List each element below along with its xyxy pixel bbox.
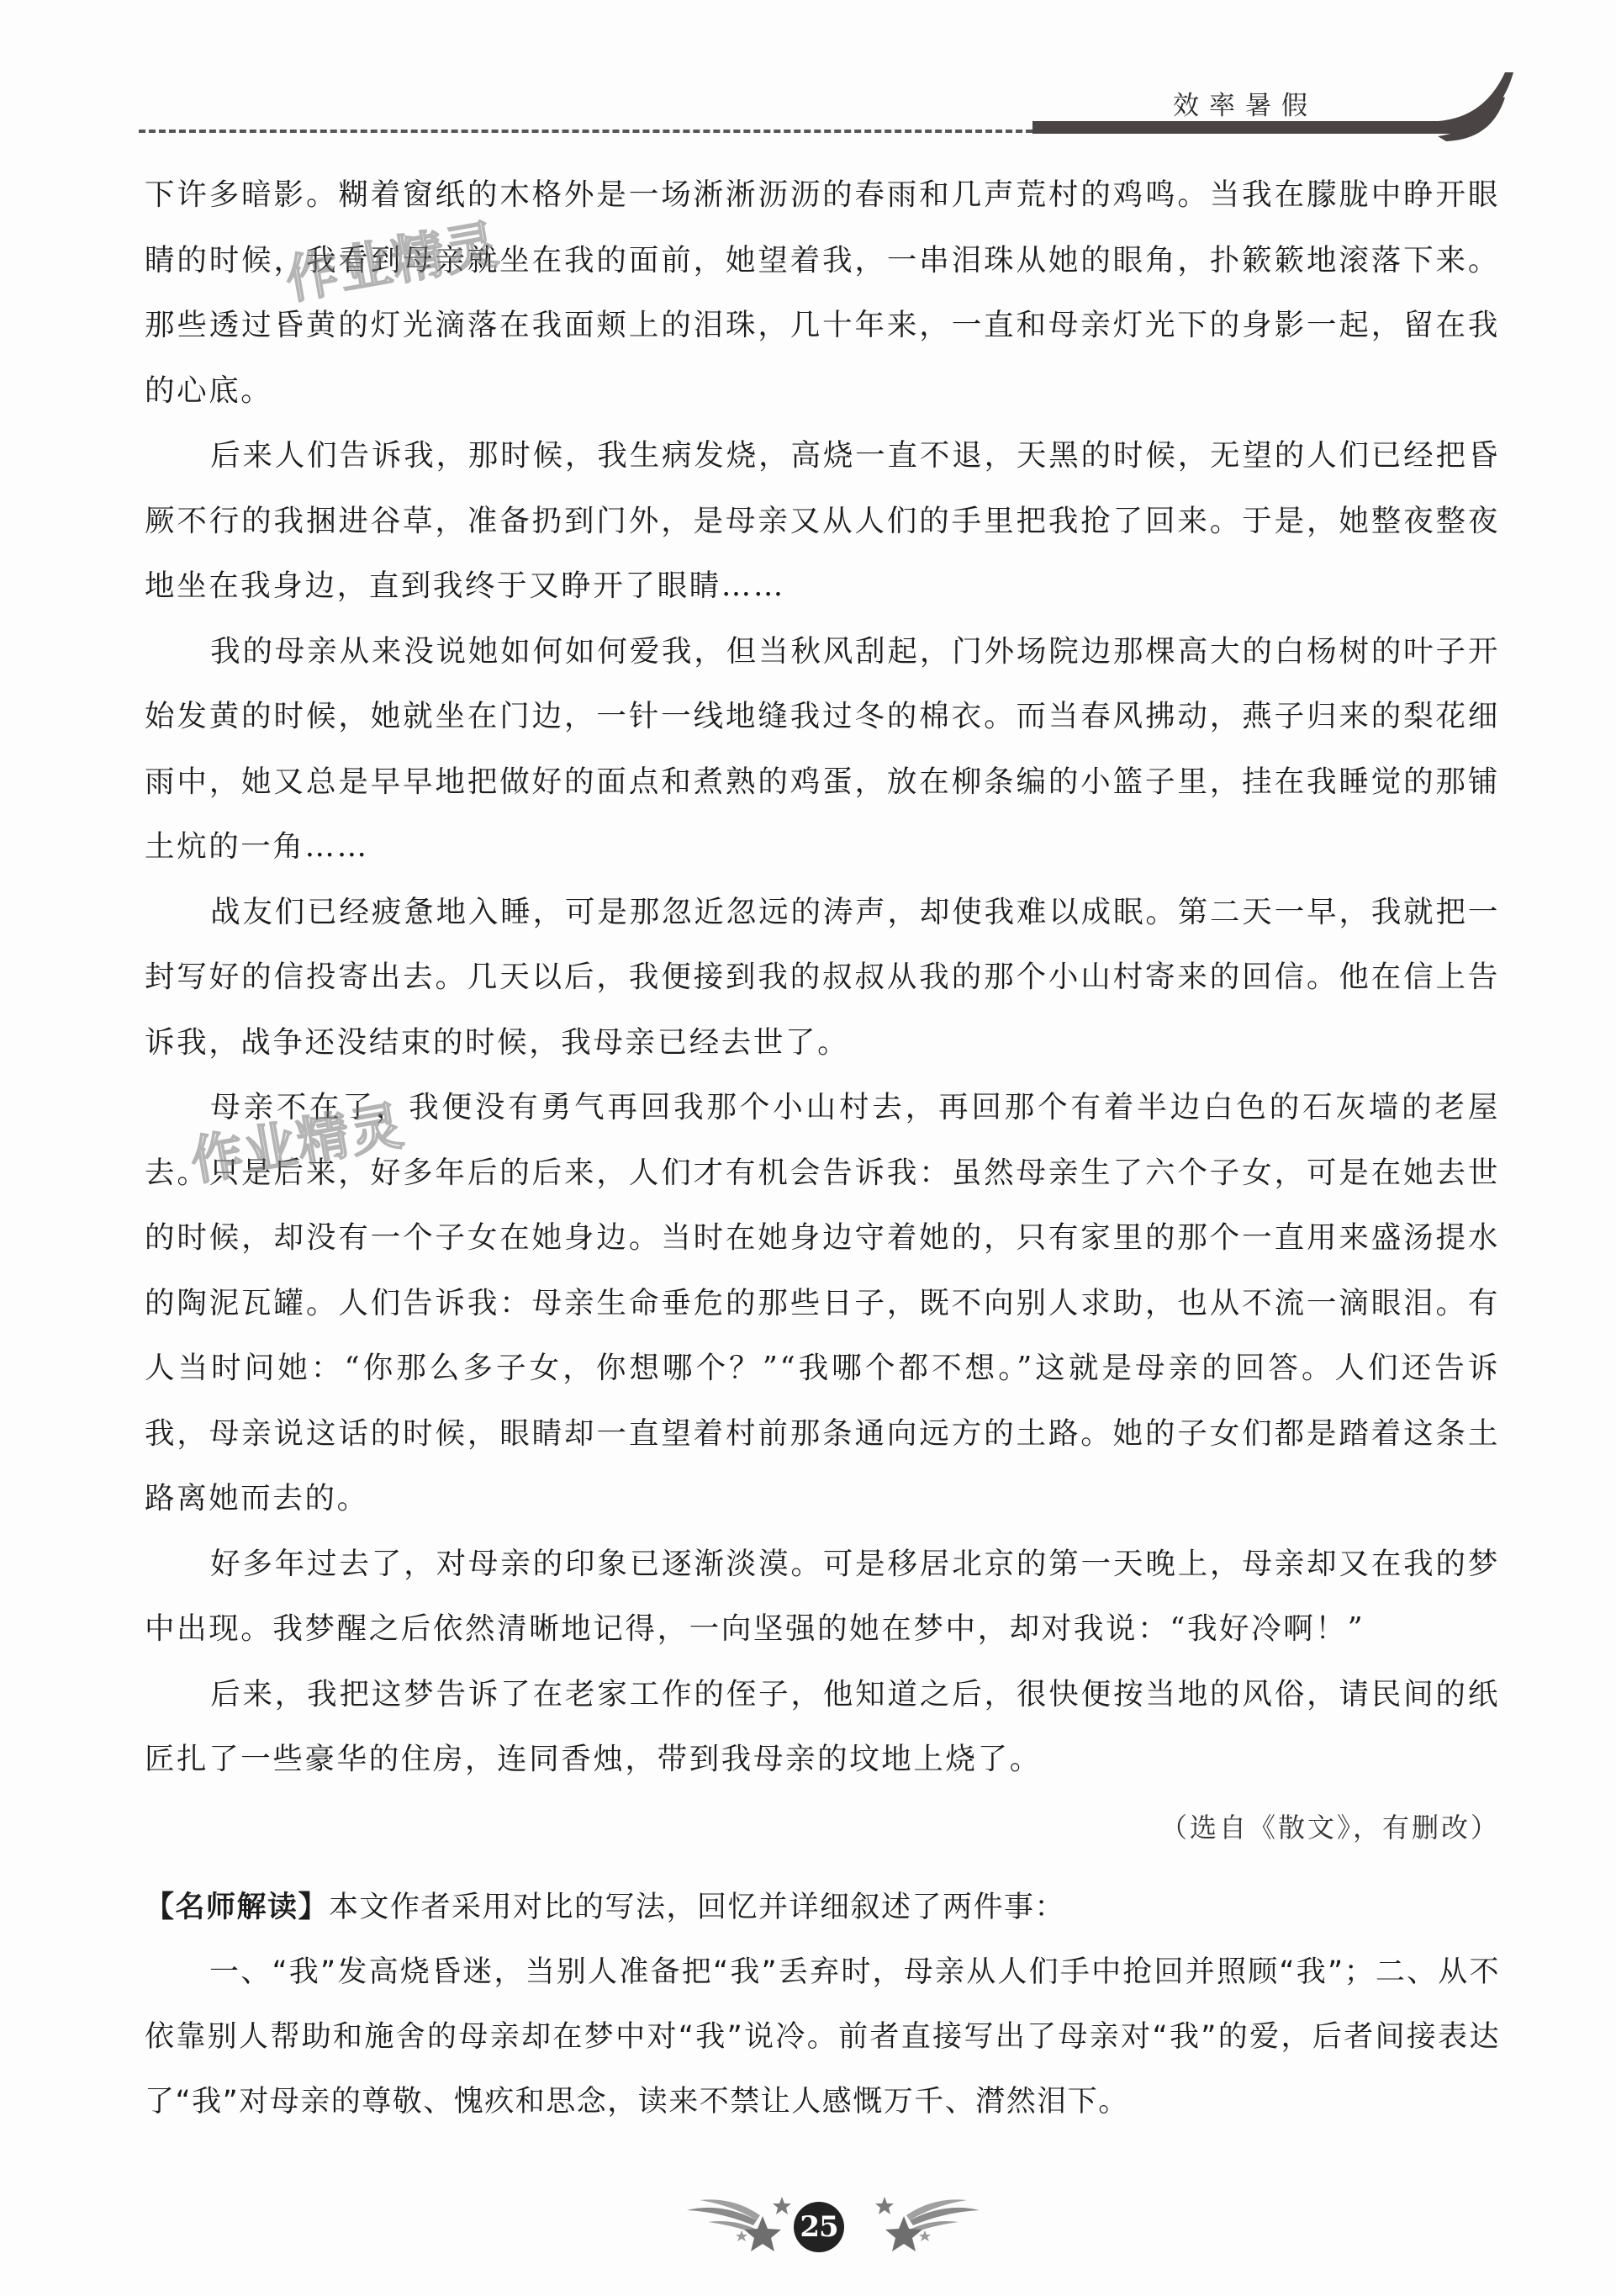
article-paragraph: 我的母亲从来没说她如何如何爱我，但当秋风刮起，门外场院边那棵高大的白杨树的叶子开… xyxy=(145,619,1500,880)
commentary-body: 一、“我”发高烧昏迷，当别人准备把“我”丢弃时，母亲从人们手中抢回并照顾“我”；… xyxy=(145,1940,1500,2135)
page-footer: 25 xyxy=(0,2153,1616,2254)
article-paragraph: 下许多暗影。糊着窗纸的木格外是一场淅淅沥沥的春雨和几声荒村的鸡鸣。当我在朦胧中睁… xyxy=(145,162,1500,423)
page-header: 效率暑假 xyxy=(0,0,1616,168)
header-dashed-rule xyxy=(139,130,1043,133)
header-swoosh-icon xyxy=(1312,67,1513,143)
article-paragraph: 好多年过去了，对母亲的印象已逐渐淡漠。可是移居北京的第一天晚上，母亲却又在我的梦… xyxy=(145,1532,1500,1662)
shooting-star-icon xyxy=(683,2187,800,2254)
article-paragraph: 后来，我把这梦告诉了在老家工作的侄子，他知道之后，很快便按当地的风俗，请民间的纸… xyxy=(145,1662,1500,1792)
article-paragraph: 母亲不在了，我便没有勇气再回我那个小山村去，再回那个有着半边白色的石灰墙的老屋去… xyxy=(145,1075,1500,1532)
shooting-star-icon xyxy=(866,2187,984,2254)
header-title: 效率暑假 xyxy=(1173,84,1318,122)
article-body: 下许多暗影。糊着窗纸的木格外是一场淅淅沥沥的春雨和几声荒村的鸡鸣。当我在朦胧中睁… xyxy=(145,162,1500,2135)
commentary-intro-line: 【名师解读】本文作者采用对比的写法，回忆并详细叙述了两件事： xyxy=(145,1875,1500,1940)
article-paragraph: 战友们已经疲惫地入睡，可是那忽近忽远的涛声，却使我难以成眠。第二天一早，我就把一… xyxy=(145,880,1500,1076)
article-paragraph: 后来人们告诉我，那时候，我生病发烧，高烧一直不退，天黑的时候，无望的人们已经把昏… xyxy=(145,423,1500,619)
article-source-citation: （选自《散文》，有删改） xyxy=(145,1796,1500,1860)
document-page: 效率暑假 下许多暗影。糊着窗纸的木格外是一场淅淅沥沥的春雨和几声荒村的鸡鸣。当我… xyxy=(0,0,1616,2296)
page-number-badge: 25 xyxy=(794,2202,844,2252)
commentary-label: 【名师解读】 xyxy=(145,1891,329,1924)
commentary-intro: 本文作者采用对比的写法，回忆并详细叙述了两件事： xyxy=(329,1891,1065,1924)
